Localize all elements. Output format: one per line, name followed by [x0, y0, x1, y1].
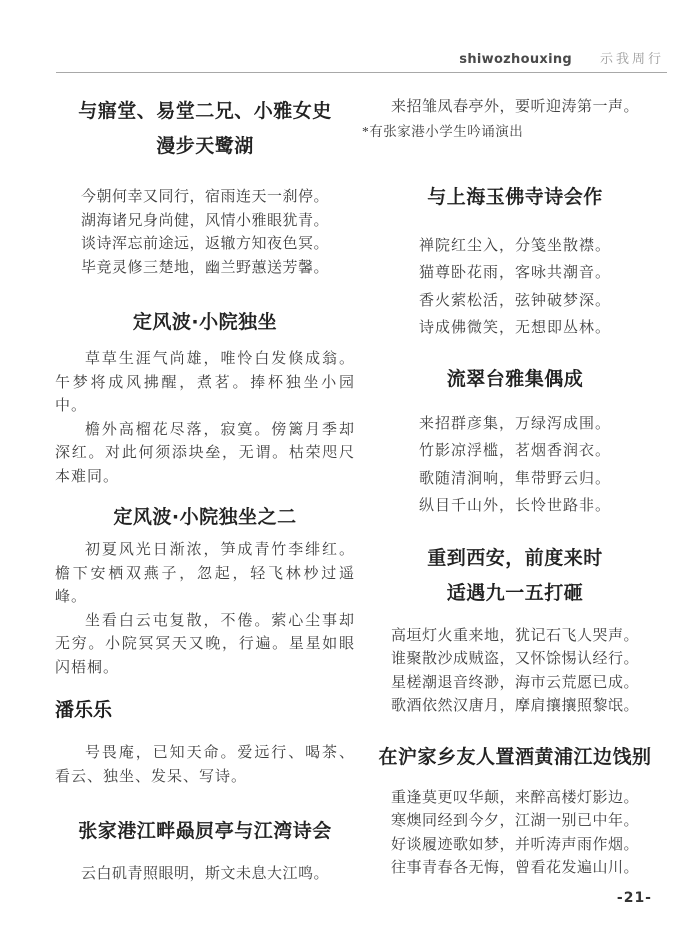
- running-head: shiwozhouxing 示我周行: [459, 48, 664, 67]
- poem-title-jade-buddha-temple: 与上海玉佛寺诗会作: [362, 183, 668, 211]
- poem-paragraph: 草草生涯气尚雄，唯怜白发倏成翁。午梦将成风拂醒，煮茗。捧杯独坐小园中。: [55, 348, 355, 419]
- author-bio: 号畏庵，已知天命。爱远行、喝茶、看云、独坐、发呆、写诗。: [55, 742, 355, 789]
- poem-paragraph: 檐外高榴花尽落，寂寞。傍篱月季却深红。对此何须添块垒，无谓。枯荣咫尺本难同。: [55, 419, 355, 490]
- poem-body: 来招群彦集，万绿泻成围。 竹影凉浮槛，茗烟香润衣。 歌随清涧响，隼带野云归。 纵…: [362, 411, 668, 521]
- poem-title-huangpu-farewell: 在沪家乡友人置酒黄浦江边饯别: [362, 743, 668, 771]
- poem-title-bixi-pavilion: 张家港江畔赑屃亭与江湾诗会: [55, 817, 355, 845]
- poem-title-xian-revisited: 重到西安，前度来时 适遇九一五打砸: [362, 541, 668, 611]
- poem-title-liucui-terrace: 流翠台雅集偶成: [362, 365, 668, 393]
- poem-line: 竹影凉浮槛，茗烟香润衣。: [362, 438, 668, 466]
- running-head-latin: shiwozhouxing: [459, 52, 572, 67]
- poem-body: 草草生涯气尚雄，唯怜白发倏成翁。午梦将成风拂醒，煮茗。捧杯独坐小园中。 檐外高榴…: [55, 348, 355, 489]
- poem-line: 香火萦松活，弦钟破梦深。: [362, 288, 668, 316]
- poem-title-line: 重到西安，前度来时: [362, 541, 668, 576]
- poem-line: 云白矶青照眼明，斯文未息大江鸣。: [55, 863, 355, 887]
- poem-body: 禅院红尘入，分笺坐散襟。 猫尊卧花雨，客咏共潮音。 香火萦松活，弦钟破梦深。 诗…: [362, 233, 668, 343]
- poem-line: 今朝何幸又同行，宿雨连天一刹停。: [55, 186, 355, 210]
- poem-line: 歌酒依然汉唐月，摩肩攘攘照黎氓。: [362, 695, 668, 719]
- poem-line: 诗成佛微笑，无想即丛林。: [362, 315, 668, 343]
- poem-title-dingfengbo-2: 定风波·小院独坐之二: [55, 503, 355, 531]
- poem-paragraph: 初夏风光日渐浓，笋成青竹李绯红。檐下安栖双燕子，忽起，轻飞林杪过遥峰。: [55, 539, 355, 610]
- poem-line: 好谈履迹歌如梦，并听涛声雨作烟。: [362, 834, 668, 858]
- poem-body: 重逢莫更叹华颠，来醉高楼灯影边。 寒燠同经到今夕，江湖一别已中年。 好谈履迹歌如…: [362, 787, 668, 881]
- poem-line: 谁聚散沙成贼盗，又怀馀惕认经行。: [362, 648, 668, 672]
- poem-body: 云白矶青照眼明，斯文未息大江鸣。: [55, 863, 355, 887]
- poem-paragraph: 坐看白云屯复散，不倦。萦心尘事却无穷。小院冥冥天又晚，行遍。星星如眼闪梧桐。: [55, 610, 355, 681]
- poem-title-line: 漫步天鹭湖: [55, 129, 355, 164]
- poem-line: 纵目千山外，长怜世路非。: [362, 493, 668, 521]
- poem-line: 谈诗浑忘前途远，返辙方知夜色冥。: [55, 233, 355, 257]
- poem-line: 湖海诸兄身尚健，风情小雅眼犹青。: [55, 210, 355, 234]
- poem-body: 高垣灯火重来地，犹记石飞人哭声。 谁聚散沙成贼盗，又怀馀惕认经行。 星槎潮退音终…: [362, 625, 668, 719]
- poem-line: 猫尊卧花雨，客咏共潮音。: [362, 260, 668, 288]
- running-head-cjk: 示我周行: [600, 48, 664, 67]
- poem-title-line: 与寤堂、易堂二兄、小雅女史: [55, 94, 355, 129]
- poem-body: 今朝何幸又同行，宿雨连天一刹停。 湖海诸兄身尚健，风情小雅眼犹青。 谈诗浑忘前途…: [55, 186, 355, 280]
- poem-line: 禅院红尘入，分笺坐散襟。: [362, 233, 668, 261]
- author-heading: 潘乐乐: [55, 696, 355, 724]
- poem-line: 往事青春各无悔，曾看花发遍山川。: [362, 857, 668, 881]
- poem-line: 来招群彦集，万绿泻成围。: [362, 411, 668, 439]
- poem-body-continued: 来招雏凤春亭外，要听迎涛第一声。: [362, 96, 668, 120]
- poem-title-line: 适遇九一五打砸: [362, 576, 668, 611]
- book-page: shiwozhouxing 示我周行 与寤堂、易堂二兄、小雅女史 漫步天鹭湖 今…: [0, 0, 700, 948]
- poem-body: 初夏风光日渐浓，笋成青竹李绯红。檐下安栖双燕子，忽起，轻飞林杪过遥峰。 坐看白云…: [55, 539, 355, 680]
- poem-title-dingfengbo-1: 定风波·小院独坐: [55, 308, 355, 336]
- header-rule: [56, 72, 667, 73]
- poem-line: 来招雏凤春亭外，要听迎涛第一声。: [362, 96, 668, 120]
- poem-footnote: *有张家港小学生吟诵演出: [362, 120, 668, 143]
- poem-line: 毕竟灵修三楚地，幽兰野蕙送芳馨。: [55, 257, 355, 281]
- page-number: -21-: [617, 890, 652, 906]
- poem-line: 高垣灯火重来地，犹记石飞人哭声。: [362, 625, 668, 649]
- poem-line: 星槎潮退音终渺，海市云荒愿已成。: [362, 672, 668, 696]
- left-column: 与寤堂、易堂二兄、小雅女史 漫步天鹭湖 今朝何幸又同行，宿雨连天一刹停。 湖海诸…: [55, 88, 355, 887]
- right-column: 来招雏凤春亭外，要听迎涛第一声。 *有张家港小学生吟诵演出 与上海玉佛寺诗会作 …: [362, 88, 668, 881]
- poem-line: 歌随清涧响，隼带野云归。: [362, 466, 668, 494]
- poem-line: 重逢莫更叹华颠，来醉高楼灯影边。: [362, 787, 668, 811]
- poem-line: 寒燠同经到今夕，江湖一别已中年。: [362, 810, 668, 834]
- poem-title-tianlu-lake: 与寤堂、易堂二兄、小雅女史 漫步天鹭湖: [55, 94, 355, 164]
